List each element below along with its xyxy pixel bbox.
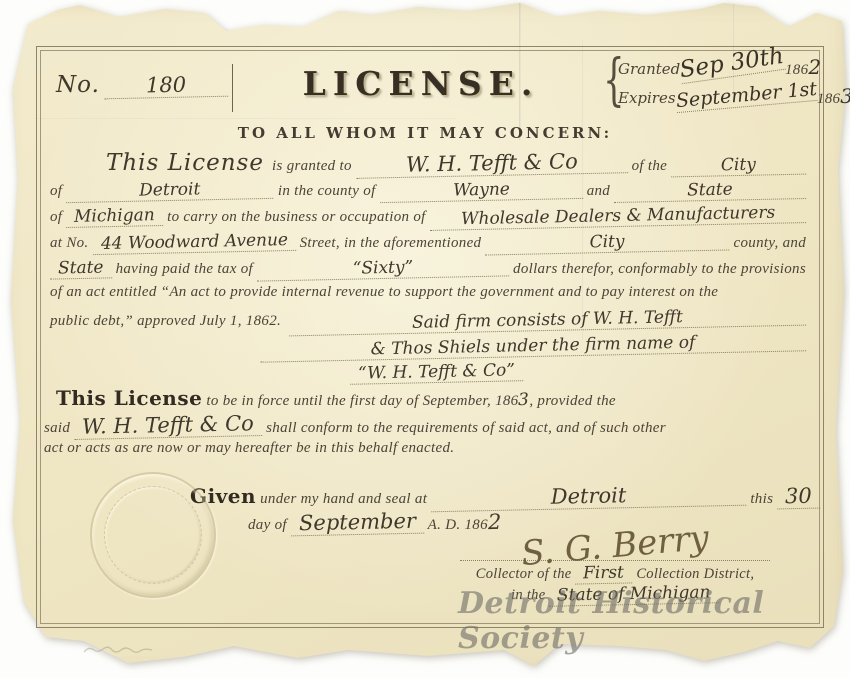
printed-text: of the — [628, 158, 672, 175]
document-number-label: No. — [56, 72, 104, 98]
printed-text: and — [583, 183, 615, 200]
document-line: of Michigan to carry on the business or … — [50, 206, 806, 232]
printed-text: under my hand and seal at — [256, 491, 431, 508]
handwritten-text: 44 Woodward Avenue — [92, 230, 295, 255]
handwritten-text: State — [50, 257, 112, 279]
document-line: State having paid the tax of “Sixty” dol… — [50, 258, 806, 284]
printed-text: in the county of — [274, 183, 380, 200]
document-line: Collector of the First Collection Distri… — [400, 563, 830, 584]
document-line: “W. H. Tefft & Co” — [50, 362, 806, 388]
printed-text: shall conform to the requirements of sai… — [262, 420, 666, 437]
document-line: act or acts as are now or may hereafter … — [44, 440, 806, 467]
expires-date-handwritten: September 1st — [675, 78, 818, 113]
document-line: Given under my hand and seal at Detroit … — [190, 484, 820, 510]
granted-year-printed: 186 — [785, 62, 808, 79]
handwritten-text: Wholesale Dealers & Manufacturers — [430, 202, 807, 231]
display-text: This License — [56, 386, 202, 410]
expires-year-handwritten: 3 — [840, 84, 850, 108]
document-line: & Thos Shiels under the firm name of — [50, 336, 806, 362]
handwritten-text: W. H. Tefft & Co — [356, 148, 628, 179]
document-line: at No. 44 Woodward Avenue Street, in the… — [50, 232, 806, 258]
license-paragraph-2: This License to be in force until the fi… — [44, 386, 806, 467]
salutation: TO ALL WHOM IT MAY CONCERN: — [0, 124, 850, 142]
stamp-rows: Granted Sep 30th 186 2 Expires September… — [618, 54, 816, 114]
document-line: This License is granted to W. H. Tefft &… — [50, 150, 806, 180]
printed-text: at No. — [50, 235, 93, 252]
divider-line — [232, 64, 233, 112]
handwritten-text: State — [614, 178, 806, 203]
printed-text: of an act entitled “An act to provide in… — [50, 284, 718, 301]
handwritten-text: City — [671, 154, 806, 178]
printed-text: said — [44, 420, 74, 437]
handwritten-text: Michigan — [66, 205, 163, 228]
printed-text: of — [50, 209, 66, 226]
printed-text: public debt,” approved July 1, 1862. — [50, 313, 289, 330]
license-title: LICENSE. — [248, 64, 594, 103]
printed-text: county, and — [729, 235, 806, 252]
license-paragraph-1: This License is granted to W. H. Tefft &… — [50, 150, 806, 388]
watermark: Detroit Historical Society — [458, 586, 850, 656]
display-text: This License — [106, 150, 268, 176]
printed-text: Collection District, — [632, 566, 754, 583]
document-line: of Detroit in the county of Wayne and St… — [50, 180, 806, 206]
handwritten-text: “W. H. Tefft & Co” — [350, 360, 523, 385]
handwritten-text: 30 — [777, 484, 820, 510]
printed-text: dollars therefor, conformably to the pro… — [509, 261, 806, 278]
expires-year-printed: 186 — [817, 91, 840, 108]
handwritten-text: “Sixty” — [257, 255, 509, 281]
printed-text: , provided the — [529, 393, 616, 410]
printed-text: act or acts as are now or may hereafter … — [44, 440, 454, 457]
handwritten-text: Wayne — [379, 178, 582, 203]
printed-text: this — [746, 491, 777, 508]
granted-year-handwritten: 2 — [808, 55, 821, 79]
document-line: said W. H. Tefft & Co shall conform to t… — [44, 413, 806, 440]
printed-text: to be in force until the first day of Se… — [202, 393, 518, 410]
printed-text: Street, in the aforementioned — [296, 235, 486, 252]
document-number-value: 180 — [104, 72, 229, 100]
expires-row: Expires September 1st 186 3 — [618, 84, 816, 114]
printed-text: having paid the tax of — [112, 261, 258, 278]
handwritten-text: W. H. Tefft & Co — [74, 411, 262, 440]
pencil-note — [82, 642, 156, 658]
handwritten-text: Detroit — [66, 178, 274, 203]
handwritten-text: 3 — [518, 390, 529, 410]
handwritten-text: First — [575, 562, 632, 584]
document-line: This License to be in force until the fi… — [44, 386, 806, 413]
handwritten-text: City — [485, 229, 729, 255]
printed-text: day of — [248, 517, 291, 534]
embossed-seal-icon — [90, 472, 216, 598]
printed-text: is granted to — [268, 158, 356, 175]
granted-label: Granted — [618, 60, 680, 78]
printed-text: of — [50, 183, 66, 200]
document-number-line: No. 180 — [56, 72, 228, 98]
document-number-field: No. 180 — [56, 72, 228, 98]
expires-label: Expires — [618, 89, 676, 107]
printed-text: to carry on the business or occupation o… — [163, 209, 430, 226]
handwritten-text: Detroit — [431, 481, 746, 513]
granted-expires-box: { Granted Sep 30th 186 2 Expires Septemb… — [596, 52, 818, 116]
